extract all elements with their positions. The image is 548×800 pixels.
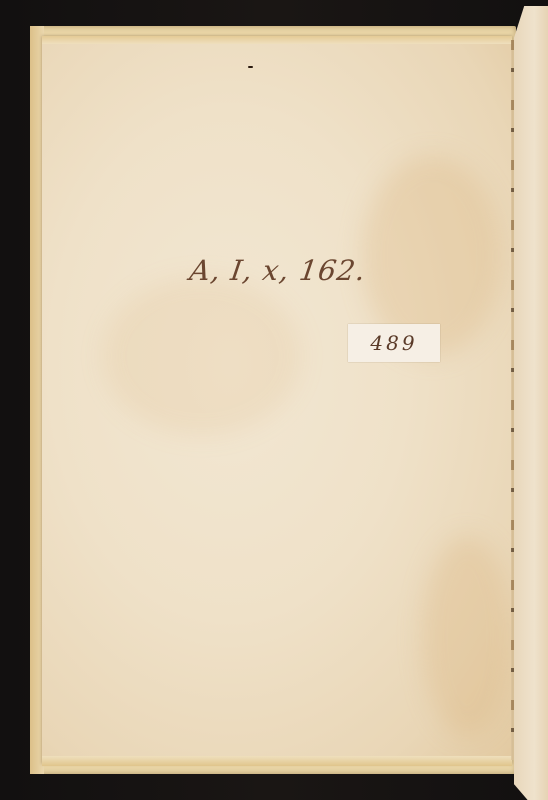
pastedown-leaf: [42, 36, 512, 764]
ink-speck: [248, 66, 253, 68]
label-number: 489: [370, 331, 417, 355]
cover-top-fold: [42, 36, 512, 44]
facing-leaf-edge: [514, 6, 548, 800]
foxing-stain: [102, 276, 302, 436]
foxing-stain: [422, 536, 512, 736]
cover-bottom-fold: [42, 756, 512, 766]
shelfmark-inscription: A, I, x, 162.: [188, 254, 368, 287]
spine-hinge: [511, 40, 514, 760]
number-label: 489: [348, 324, 440, 362]
